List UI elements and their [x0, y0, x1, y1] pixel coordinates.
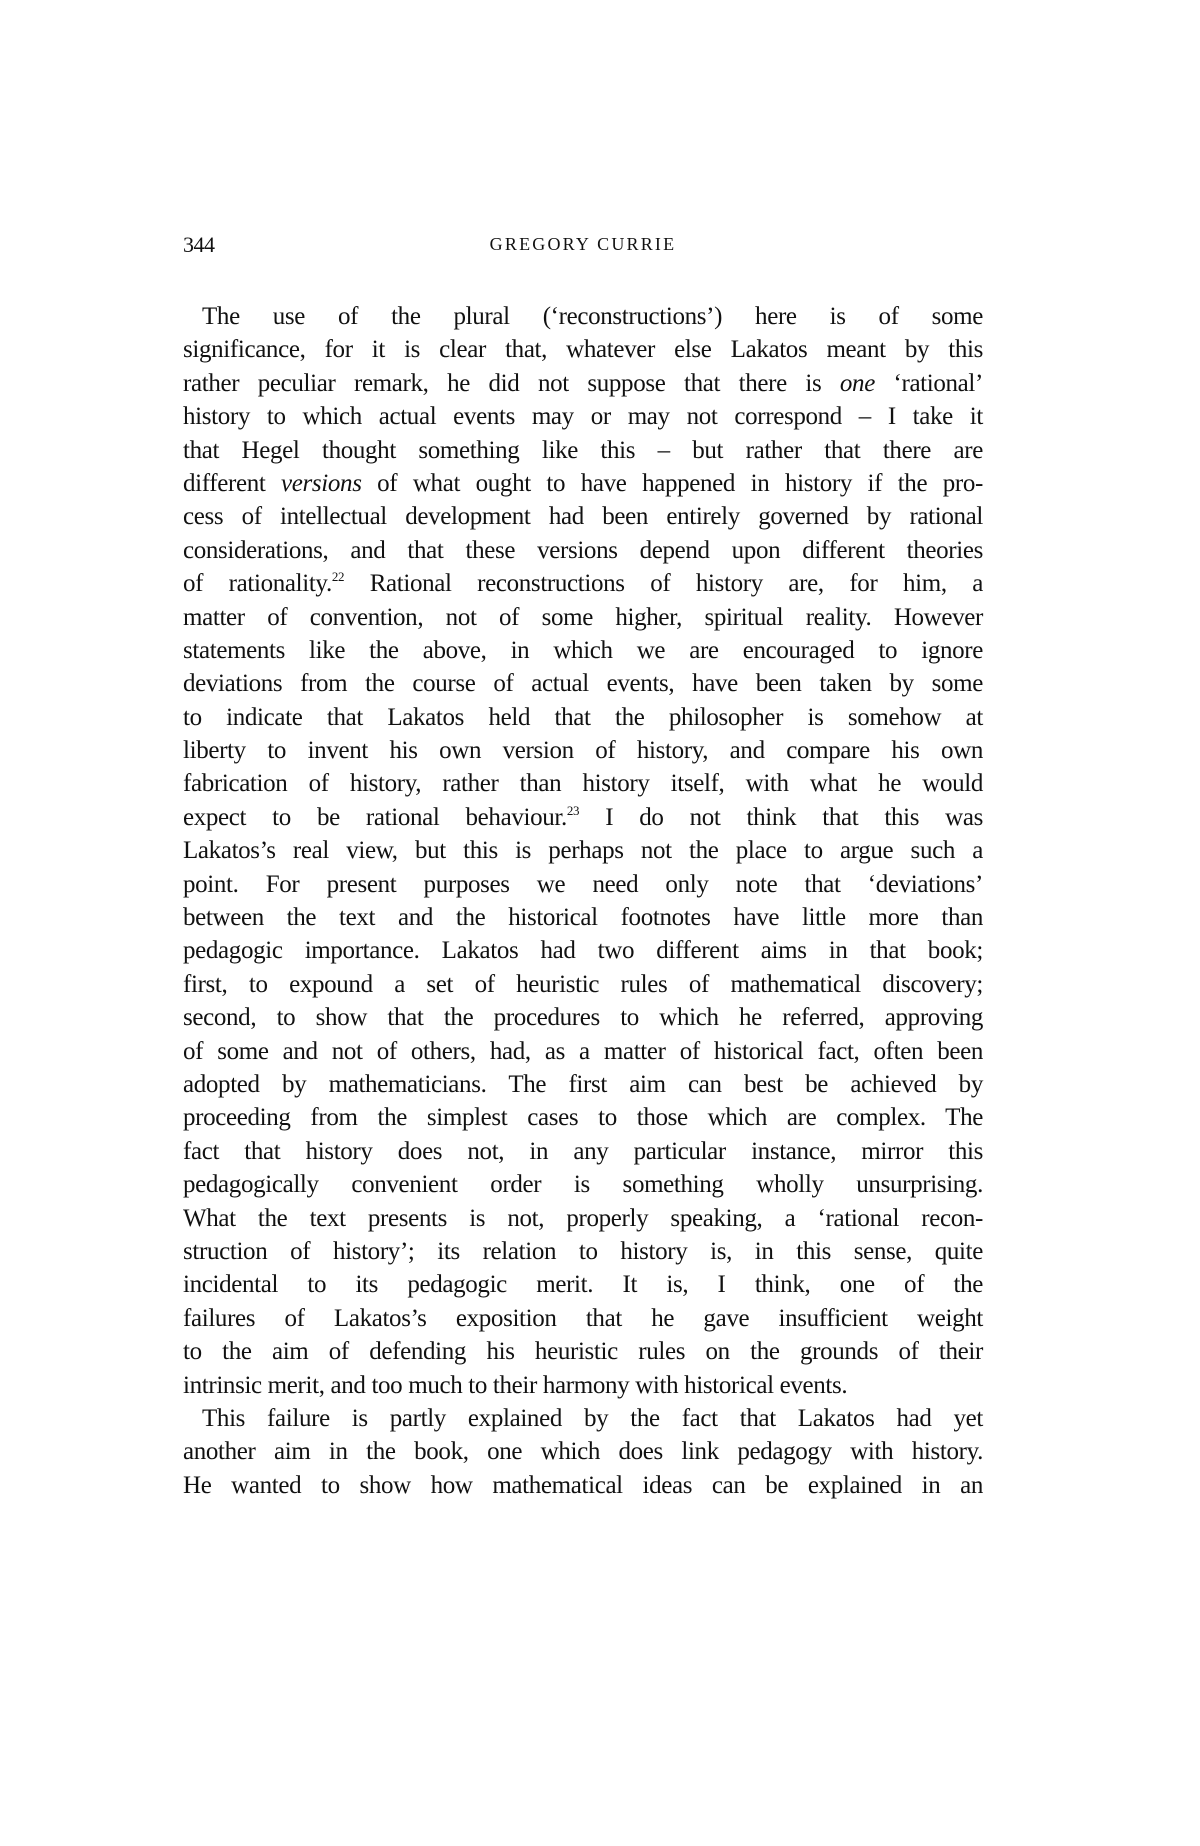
text-line-content: liberty to invent his own version of his…	[183, 734, 983, 767]
text-line-content: first, to expound a set of heuristic rul…	[183, 968, 983, 1001]
text-line-content: to the aim of defending his heuristic ru…	[183, 1335, 983, 1368]
text-line-content: significance, for it is clear that, what…	[183, 333, 983, 366]
text-line-content: Lakatos’s real view, but this is perhaps…	[183, 834, 983, 867]
text-run: expect to be rational behaviour.	[183, 804, 567, 831]
text-run: incidental to its pedagogic merit. It is…	[183, 1271, 983, 1298]
text-run: intrinsic merit, and too much to their h…	[183, 1372, 847, 1399]
text-line: pedagogic importance. Lakatos had two di…	[183, 934, 983, 967]
text-line: first, to expound a set of heuristic rul…	[183, 968, 983, 1001]
text-run: proceeding from the simplest cases to th…	[183, 1104, 983, 1131]
text-line-content: to indicate that Lakatos held that the p…	[183, 701, 983, 734]
text-run: fact that history does not, in any parti…	[183, 1138, 983, 1165]
emphasis: one	[840, 370, 875, 397]
text-line-content: point. For present purposes we need only…	[183, 868, 983, 901]
text-line: deviations from the course of actual eve…	[183, 667, 983, 700]
text-run: adopted by mathematicians. The first aim…	[183, 1071, 983, 1098]
running-head-author: GREGORY CURRIE	[183, 234, 983, 255]
text-run: to indicate that Lakatos held that the p…	[183, 704, 983, 731]
text-line: matter of convention, not of some higher…	[183, 601, 983, 634]
text-line: struction of history’; its relation to h…	[183, 1235, 983, 1268]
text-line-content: of rationality.22 Rational reconstructio…	[183, 567, 983, 600]
footnote-reference: 22	[332, 569, 344, 584]
text-line: that Hegel thought something like this –…	[183, 434, 983, 467]
text-line: different versions of what ought to have…	[183, 467, 983, 500]
text-run: between the text and the historical foot…	[183, 904, 983, 931]
text-line-content: history to which actual events may or ma…	[183, 400, 983, 433]
text-line-content: cess of intellectual development had bee…	[183, 500, 983, 533]
text-line-content: pedagogically convenient order is someth…	[183, 1168, 983, 1201]
text-run: What the text presents is not, properly …	[183, 1205, 983, 1232]
text-line-content: between the text and the historical foot…	[183, 901, 983, 934]
footnote-reference: 23	[567, 803, 579, 818]
text-line: This failure is partly explained by the …	[183, 1402, 983, 1435]
text-line: of some and not of others, had, as a mat…	[183, 1035, 983, 1068]
text-line: rather peculiar remark, he did not suppo…	[183, 367, 983, 400]
text-run: struction of history’; its relation to h…	[183, 1238, 983, 1265]
text-line-content: adopted by mathematicians. The first aim…	[183, 1068, 983, 1101]
text-run: another aim in the book, one which does …	[183, 1438, 983, 1465]
text-line: point. For present purposes we need only…	[183, 868, 983, 901]
text-line-content: incidental to its pedagogic merit. It is…	[183, 1268, 983, 1301]
text-line-content: considerations, and that these versions …	[183, 534, 983, 567]
text-run: to the aim of defending his heuristic ru…	[183, 1338, 983, 1365]
text-run: liberty to invent his own version of his…	[183, 737, 983, 764]
text-line: to indicate that Lakatos held that the p…	[183, 701, 983, 734]
text-line: What the text presents is not, properly …	[183, 1202, 983, 1235]
text-line-content: struction of history’; its relation to h…	[183, 1235, 983, 1268]
text-line: second, to show that the procedures to w…	[183, 1001, 983, 1034]
body-text: The use of the plural (‘reconstructions’…	[183, 300, 983, 1502]
text-line: fabrication of history, rather than hist…	[183, 767, 983, 800]
text-run: of rationality.	[183, 570, 332, 597]
emphasis: versions	[281, 470, 362, 497]
text-line-content: fabrication of history, rather than hist…	[183, 767, 983, 800]
text-line: failures of Lakatos’s exposition that he…	[183, 1302, 983, 1335]
text-line: to the aim of defending his heuristic ru…	[183, 1335, 983, 1368]
running-head: 344 GREGORY CURRIE	[183, 232, 983, 262]
text-line: incidental to its pedagogic merit. It is…	[183, 1268, 983, 1301]
text-run: He wanted to show how mathematical ideas…	[183, 1472, 983, 1499]
text-line-content: second, to show that the procedures to w…	[183, 1001, 983, 1034]
text-run: The use of the plural (‘reconstructions’…	[202, 303, 983, 330]
text-run: deviations from the course of actual eve…	[183, 670, 983, 697]
text-run: history to which actual events may or ma…	[183, 403, 983, 430]
text-line-content: proceeding from the simplest cases to th…	[183, 1101, 983, 1134]
text-line-content: fact that history does not, in any parti…	[183, 1135, 983, 1168]
text-line-content: that Hegel thought something like this –…	[183, 434, 983, 467]
paragraph: The use of the plural (‘reconstructions’…	[183, 300, 983, 1402]
text-line: of rationality.22 Rational reconstructio…	[183, 567, 983, 600]
text-line: considerations, and that these versions …	[183, 534, 983, 567]
text-line: liberty to invent his own version of his…	[183, 734, 983, 767]
text-line: He wanted to show how mathematical ideas…	[183, 1469, 983, 1502]
text-run: significance, for it is clear that, what…	[183, 336, 983, 363]
text-line-content: rather peculiar remark, he did not suppo…	[183, 367, 983, 400]
text-line: adopted by mathematicians. The first aim…	[183, 1068, 983, 1101]
text-line-content: deviations from the course of actual eve…	[183, 667, 983, 700]
text-line: pedagogically convenient order is someth…	[183, 1168, 983, 1201]
text-run: point. For present purposes we need only…	[183, 871, 983, 898]
text-run: of what ought to have happened in histor…	[362, 470, 983, 497]
text-line-content: The use of the plural (‘reconstructions’…	[202, 300, 983, 333]
text-line: expect to be rational behaviour.23 I do …	[183, 801, 983, 834]
text-line-content: What the text presents is not, properly …	[183, 1202, 983, 1235]
text-line: intrinsic merit, and too much to their h…	[183, 1369, 983, 1402]
text-line: statements like the above, in which we a…	[183, 634, 983, 667]
text-line: fact that history does not, in any parti…	[183, 1135, 983, 1168]
text-line-content: intrinsic merit, and too much to their h…	[183, 1369, 983, 1402]
text-run: failures of Lakatos’s exposition that he…	[183, 1305, 983, 1332]
text-run: rather peculiar remark, he did not suppo…	[183, 370, 840, 397]
text-line-content: This failure is partly explained by the …	[202, 1402, 983, 1435]
text-line-content: another aim in the book, one which does …	[183, 1435, 983, 1468]
text-run: that Hegel thought something like this –…	[183, 437, 983, 464]
text-run: different	[183, 470, 281, 497]
text-line-content: matter of convention, not of some higher…	[183, 601, 983, 634]
text-run: pedagogically convenient order is someth…	[183, 1171, 983, 1198]
text-run: matter of convention, not of some higher…	[183, 604, 983, 631]
document-page: 344 GREGORY CURRIE The use of the plural…	[0, 0, 1200, 1846]
text-line: between the text and the historical foot…	[183, 901, 983, 934]
text-line-content: He wanted to show how mathematical ideas…	[183, 1469, 983, 1502]
text-run: statements like the above, in which we a…	[183, 637, 983, 664]
text-line-content: statements like the above, in which we a…	[183, 634, 983, 667]
text-run: of some and not of others, had, as a mat…	[183, 1038, 983, 1065]
text-run: I do not think that this was	[579, 804, 983, 831]
text-run: This failure is partly explained by the …	[202, 1405, 983, 1432]
text-line-content: of some and not of others, had, as a mat…	[183, 1035, 983, 1068]
text-run: pedagogic importance. Lakatos had two di…	[183, 937, 983, 964]
text-line: significance, for it is clear that, what…	[183, 333, 983, 366]
text-run: second, to show that the procedures to w…	[183, 1004, 983, 1031]
text-run: fabrication of history, rather than hist…	[183, 770, 983, 797]
text-run: ‘rational’	[875, 370, 983, 397]
text-run: first, to expound a set of heuristic rul…	[183, 971, 983, 998]
text-line-content: failures of Lakatos’s exposition that he…	[183, 1302, 983, 1335]
text-line-content: pedagogic importance. Lakatos had two di…	[183, 934, 983, 967]
text-line: cess of intellectual development had bee…	[183, 500, 983, 533]
text-line: another aim in the book, one which does …	[183, 1435, 983, 1468]
text-line: history to which actual events may or ma…	[183, 400, 983, 433]
text-line: proceeding from the simplest cases to th…	[183, 1101, 983, 1134]
text-run: Rational reconstructions of history are,…	[344, 570, 983, 597]
text-line-content: expect to be rational behaviour.23 I do …	[183, 801, 983, 834]
text-run: cess of intellectual development had bee…	[183, 503, 983, 530]
text-line: Lakatos’s real view, but this is perhaps…	[183, 834, 983, 867]
paragraph: This failure is partly explained by the …	[183, 1402, 983, 1502]
text-line: The use of the plural (‘reconstructions’…	[183, 300, 983, 333]
text-run: Lakatos’s real view, but this is perhaps…	[183, 837, 983, 864]
text-line-content: different versions of what ought to have…	[183, 467, 983, 500]
text-run: considerations, and that these versions …	[183, 537, 983, 564]
